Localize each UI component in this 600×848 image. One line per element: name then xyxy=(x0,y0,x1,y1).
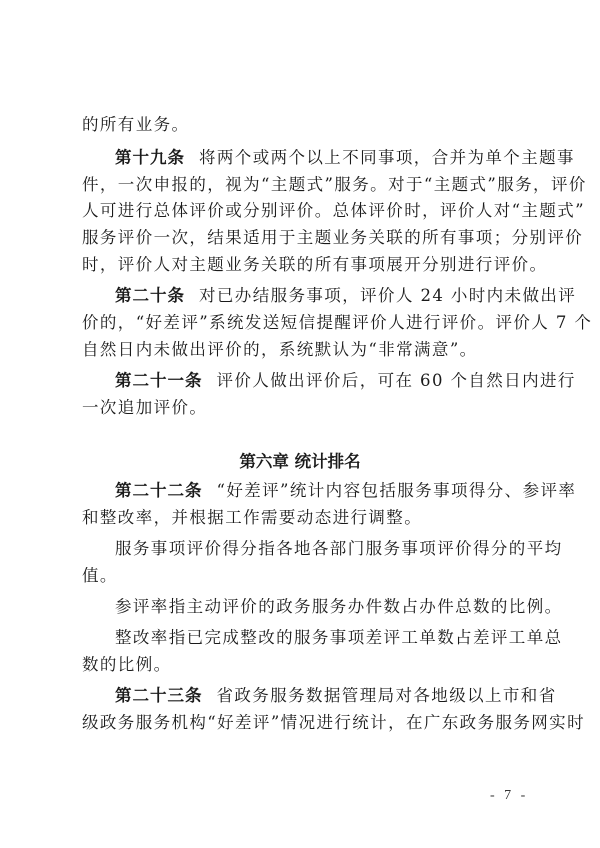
paragraph-line: 件，一次申报的，视为“主题式”服务。对于“主题式”服务，评价 xyxy=(82,174,522,196)
article-label: 第十九条 xyxy=(115,148,185,167)
article-label: 第二十三条 xyxy=(115,686,203,705)
page-number: - 7 - xyxy=(490,788,528,804)
article-text: 评价人做出评价后，可在 60 个自然日内进行 xyxy=(217,371,576,390)
paragraph-line: 级政务服务机构“好差评”情况进行统计，在广东政务服务网实时 xyxy=(82,712,522,734)
article-23-line: 第二十三条省政务服务数据管理局对各地级以上市和省 xyxy=(115,685,522,707)
paragraph-line: 服务事项评价得分指各地各部门服务事项评价得分的平均 xyxy=(115,538,522,560)
paragraph-line: 价的，“好差评”系统发送短信提醒评价人进行评价。评价人 7 个 xyxy=(82,312,522,334)
paragraph-line: 值。 xyxy=(82,565,522,587)
paragraph-line: 自然日内未做出评价的，系统默认为“非常满意”。 xyxy=(82,339,522,361)
article-label: 第二十二条 xyxy=(115,481,203,500)
article-text: 对已办结服务事项，评价人 24 小时内未做出评 xyxy=(199,286,576,305)
article-21-line: 第二十一条评价人做出评价后，可在 60 个自然日内进行 xyxy=(115,370,522,392)
paragraph-line: 参评率指主动评价的政务服务办件数占办件总数的比例。 xyxy=(115,596,522,618)
article-22-line: 第二十二条“好差评”统计内容包括服务事项得分、参评率 xyxy=(115,480,522,502)
article-text: 将两个或两个以上不同事项，合并为单个主题事 xyxy=(199,148,575,167)
article-label: 第二十一条 xyxy=(115,371,203,390)
paragraph-line: 和整改率，并根据工作需要动态进行调整。 xyxy=(82,507,522,529)
paragraph-line: 人可进行总体评价或分别评价。总体评价时，评价人对“主题式” xyxy=(82,200,522,222)
paragraph-line: 数的比例。 xyxy=(82,654,522,676)
article-text: 省政务服务数据管理局对各地级以上市和省 xyxy=(217,686,557,705)
article-20-line: 第二十条对已办结服务事项，评价人 24 小时内未做出评 xyxy=(115,285,522,307)
article-19-line: 第十九条将两个或两个以上不同事项，合并为单个主题事 xyxy=(115,147,522,169)
paragraph-line: 时，评价人对主题业务关联的所有事项展开分别进行评价。 xyxy=(82,254,522,276)
paragraph-line: 一次追加评价。 xyxy=(82,397,522,419)
paragraph-line: 的所有业务。 xyxy=(82,114,522,136)
paragraph-line: 服务评价一次，结果适用于主题业务关联的所有事项；分别评价 xyxy=(82,227,522,249)
article-text: “好差评”统计内容包括服务事项得分、参评率 xyxy=(217,481,577,500)
chapter-heading: 第六章 统计排名 xyxy=(0,451,600,473)
paragraph-line: 整改率指已完成整改的服务事项差评工单数占差评工单总 xyxy=(115,627,522,649)
document-page: 的所有业务。 第十九条将两个或两个以上不同事项，合并为单个主题事 件，一次申报的… xyxy=(0,0,600,848)
article-label: 第二十条 xyxy=(115,286,185,305)
